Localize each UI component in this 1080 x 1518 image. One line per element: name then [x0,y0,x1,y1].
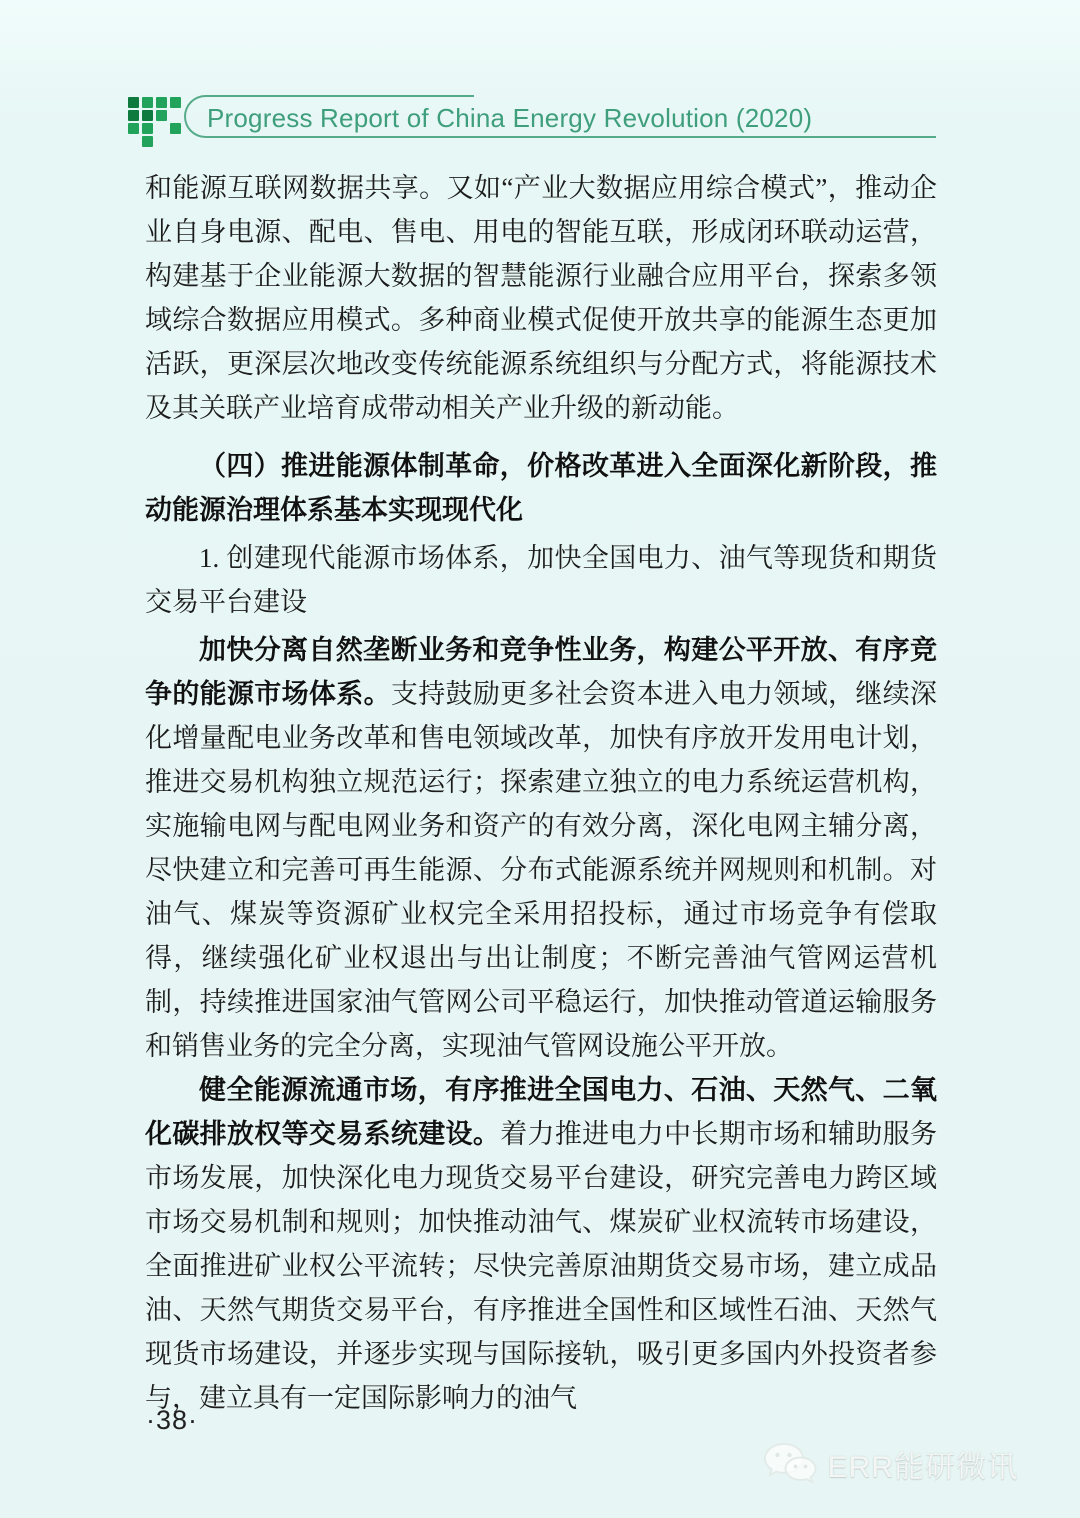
energy-report-logo-icon [128,97,184,153]
paragraph-market-system: 加快分离自然垄断业务和竞争性业务，构建公平开放、有序竞争的能源市场体系。支持鼓励… [145,628,937,1068]
paragraph-continuation: 和能源互联网数据共享。又如“产业大数据应用综合模式”，推动企业自身电源、配电、售… [145,166,937,430]
watermark: ERR能研微讯 [760,1438,1018,1490]
sub-heading: 1. 创建现代能源市场体系，加快全国电力、油气等现货和期货交易平台建设 [145,536,937,624]
header-underline [474,136,936,138]
watermark-label: ERR能研微讯 [828,1442,1018,1486]
page-number: ·38· [146,1405,198,1436]
paragraph-circulation-market: 健全能源流通市场，有序推进全国电力、石油、天然气、二氧化碳排放权等交易系统建设。… [145,1068,937,1420]
document-body: 和能源互联网数据共享。又如“产业大数据应用综合模式”，推动企业自身电源、配电、售… [145,166,937,1420]
document-page: Progress Report of China Energy Revoluti… [0,0,1080,1518]
wechat-icon [760,1440,818,1488]
report-title: Progress Report of China Energy Revoluti… [207,100,947,136]
section-heading: （四）推进能源体制革命，价格改革进入全面深化新阶段，推动能源治理体系基本实现现代… [145,444,937,532]
